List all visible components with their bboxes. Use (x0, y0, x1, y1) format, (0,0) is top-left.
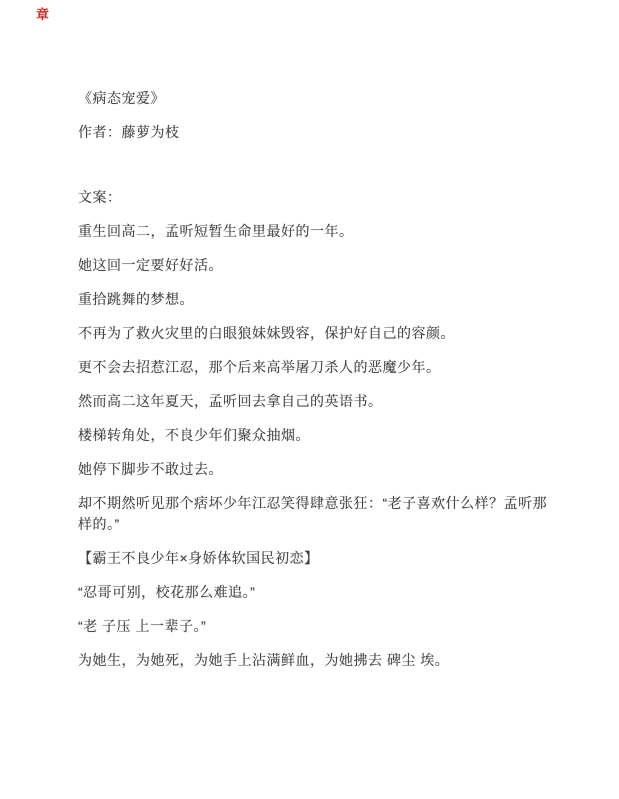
synopsis-paragraph: 【霸王不良少年×身娇体软国民初恋】 (78, 548, 556, 569)
synopsis-paragraph: 重拾跳舞的梦想。 (78, 289, 556, 310)
synopsis-content: 《病态宠爱》 作者：藤萝为枝 文案： 重生回高二，孟听短暂生命里最好的一年。她这… (78, 88, 556, 684)
synopsis-paragraph: 然而高二这年夏天，孟听回去拿自己的英语书。 (78, 391, 556, 412)
synopsis-paragraph: 不再为了救火灾里的白眼狼妹妹毁容，保护好自己的容颜。 (78, 323, 556, 344)
synopsis-paragraph: 重生回高二，孟听短暂生命里最好的一年。 (78, 221, 556, 242)
synopsis-paragraph: 楼梯转角处，不良少年们聚众抽烟。 (78, 425, 556, 446)
document-page: 章 《病态宠爱》 作者：藤萝为枝 文案： 重生回高二，孟听短暂生命里最好的一年。… (0, 0, 619, 799)
synopsis-paragraph: 她停下脚步不敢过去。 (78, 459, 556, 480)
synopsis-paragraph: 更不会去招惹江忍，那个后来高举屠刀杀人的恶魔少年。 (78, 357, 556, 378)
synopsis-paragraph: 却不期然听见那个痞坏少年江忍笑得肆意张狂：“老子喜欢什么样？孟听那样的。” (78, 493, 556, 535)
section-label: 文案： (78, 187, 556, 208)
synopsis-paragraphs: 重生回高二，孟听短暂生命里最好的一年。她这回一定要好好活。重拾跳舞的梦想。不再为… (78, 221, 556, 671)
red-stamp-icon: 章 (36, 8, 49, 22)
synopsis-paragraph: 为她生，为她死，为她手上沾满鲜血，为她拂去 碑尘 埃。 (78, 650, 556, 671)
synopsis-paragraph: “忍哥可别，校花那么难追。” (78, 582, 556, 603)
author-line: 作者：藤萝为枝 (78, 122, 556, 143)
book-title: 《病态宠爱》 (78, 88, 556, 109)
synopsis-paragraph: “老 子压 上一辈子。” (78, 616, 556, 637)
synopsis-paragraph: 她这回一定要好好活。 (78, 255, 556, 276)
